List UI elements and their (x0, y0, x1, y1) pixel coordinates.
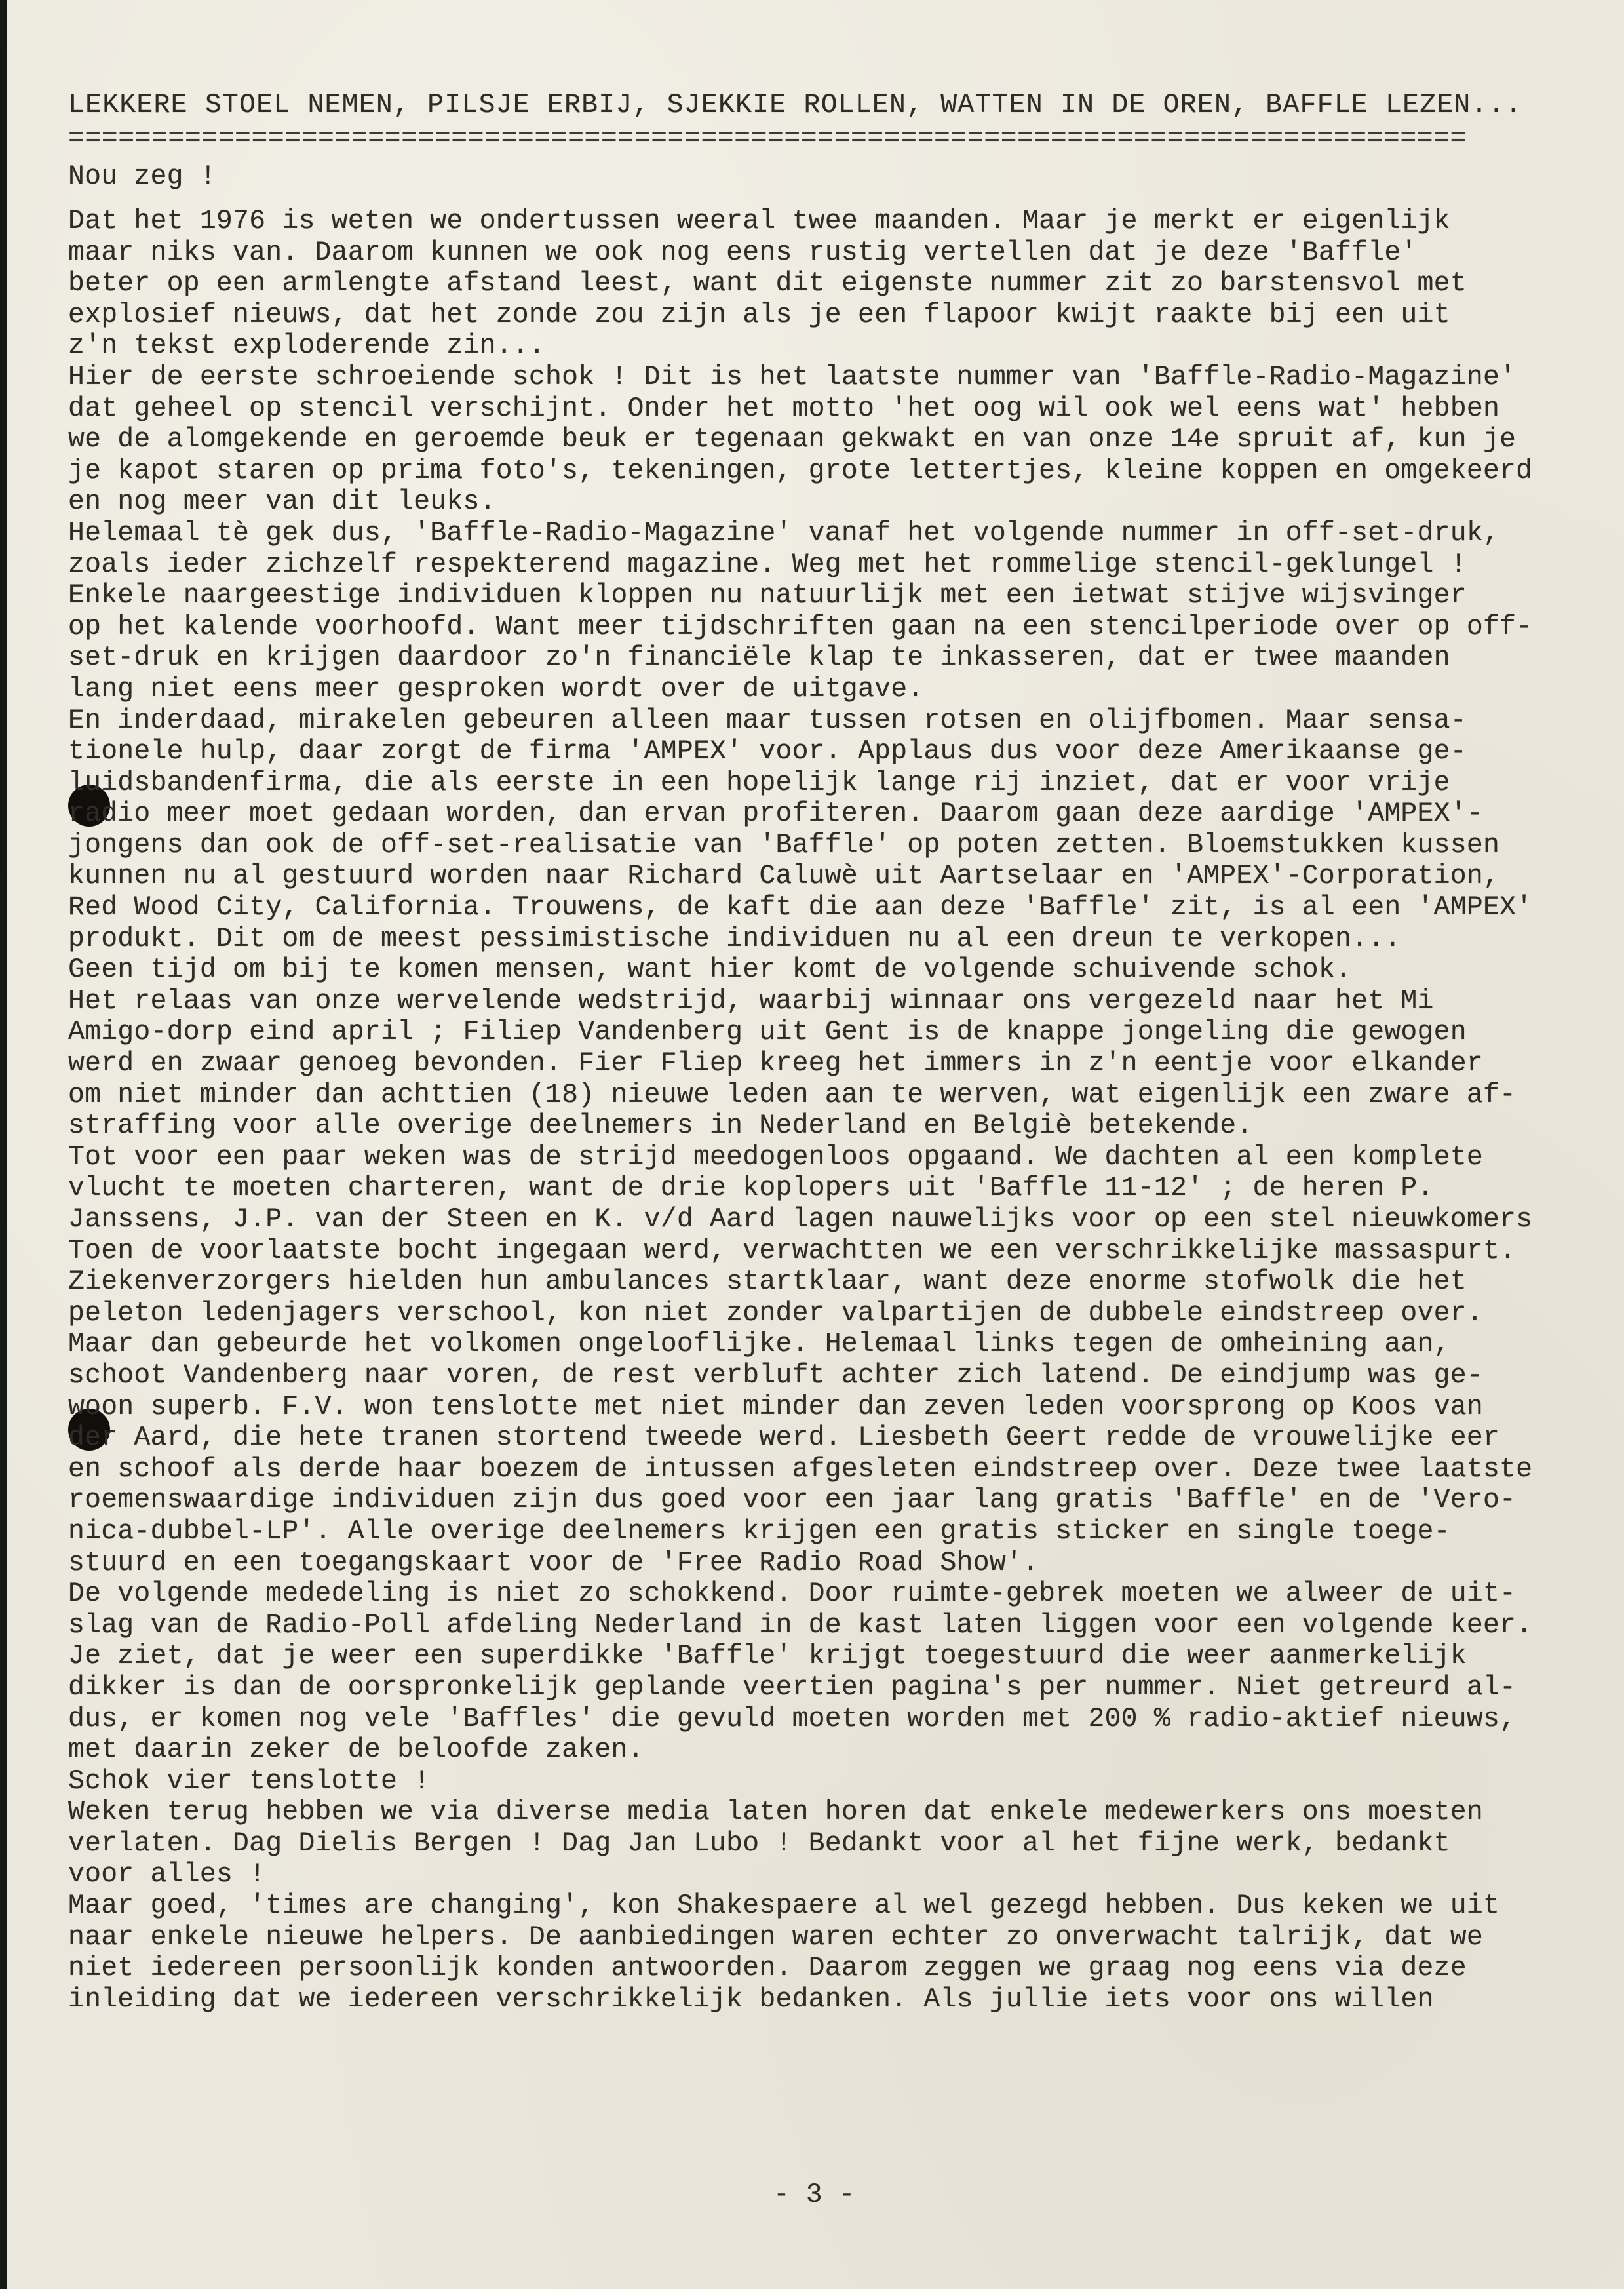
text-line: explosief nieuws, dat het zonde zou zijn… (68, 300, 1602, 331)
text-line: Red Wood City, California. Trouwens, de … (68, 892, 1602, 924)
scan-edge (0, 0, 7, 2289)
text-line: verlaten. Dag Dielis Bergen ! Dag Jan Lu… (68, 1828, 1602, 1860)
text-line: vlucht te moeten charteren, want de drie… (68, 1173, 1602, 1204)
page-headline: LEKKERE STOEL NEMEN, PILSJE ERBIJ, SJEKK… (68, 87, 1602, 125)
text-line: En inderdaad, mirakelen gebeuren alleen … (68, 705, 1602, 737)
text-line: tionele hulp, daar zorgt de firma 'AMPEX… (68, 736, 1602, 768)
text-line: Enkele naargeestige individuen kloppen n… (68, 580, 1602, 612)
text-line: set-druk en krijgen daardoor zo'n financ… (68, 642, 1602, 674)
text-line: werd en zwaar genoeg bevonden. Fier Flie… (68, 1048, 1602, 1080)
text-line: woon superb. F.V. won tenslotte met niet… (68, 1392, 1602, 1423)
text-line: dikker is dan de oorspronkelijk geplande… (68, 1672, 1602, 1704)
text-line: beter op een armlengte afstand leest, wa… (68, 268, 1602, 300)
text-line: straffing voor alle overige deelnemers i… (68, 1110, 1602, 1142)
body-text: Dat het 1976 is weten we ondertussen wee… (68, 206, 1602, 2015)
text-line: roemenswaardige individuen zijn dus goed… (68, 1485, 1602, 1516)
text-line: Geen tijd om bij te komen mensen, want h… (68, 954, 1602, 986)
text-line: nica-dubbel-LP'. Alle overige deelnemers… (68, 1516, 1602, 1548)
text-line: Toen de voorlaatste bocht ingegaan werd,… (68, 1236, 1602, 1267)
text-line: Hier de eerste schroeiende schok ! Dit i… (68, 362, 1602, 393)
text-line: radio meer moet gedaan worden, dan ervan… (68, 798, 1602, 830)
text-line: produkt. Dit om de meest pessimistische … (68, 924, 1602, 955)
text-line: lang niet eens meer gesproken wordt over… (68, 674, 1602, 705)
text-line: peleton ledenjagers verschool, kon niet … (68, 1298, 1602, 1329)
text-line: luidsbandenfirma, die als eerste in een … (68, 768, 1602, 799)
text-line: Ziekenverzorgers hielden hun ambulances … (68, 1266, 1602, 1298)
text-line: Weken terug hebben we via diverse media … (68, 1797, 1602, 1828)
text-line: op het kalende voorhoofd. Want meer tijd… (68, 612, 1602, 643)
text-line: je kapot staren op prima foto's, tekenin… (68, 456, 1602, 487)
text-line: slag van de Radio-Poll afdeling Nederlan… (68, 1610, 1602, 1641)
text-line: Tot voor een paar weken was de strijd me… (68, 1142, 1602, 1173)
text-line: schoot Vandenberg naar voren, de rest ve… (68, 1360, 1602, 1392)
text-line: Maar dan gebeurde het volkomen ongeloofl… (68, 1329, 1602, 1360)
text-line: maar niks van. Daarom kunnen we ook nog … (68, 237, 1602, 269)
text-line: jongens dan ook de off-set-realisatie va… (68, 830, 1602, 861)
text-line: Je ziet, dat je weer een superdikke 'Baf… (68, 1641, 1602, 1672)
text-line: zoals ieder zichzelf respekterend magazi… (68, 549, 1602, 581)
text-line: Dat het 1976 is weten we ondertussen wee… (68, 206, 1602, 237)
text-line: De volgende mededeling is niet zo schokk… (68, 1578, 1602, 1610)
text-line: inleiding dat we iedereen verschrikkelij… (68, 1984, 1602, 2016)
text-line: niet iedereen persoonlijk konden antwoor… (68, 1953, 1602, 1984)
greeting: Nou zeg ! (68, 159, 1602, 206)
text-line: Het relaas van onze wervelende wedstrijd… (68, 986, 1602, 1017)
text-line: naar enkele nieuwe helpers. De aanbiedin… (68, 1922, 1602, 1953)
text-line: Janssens, J.P. van der Steen en K. v/d A… (68, 1204, 1602, 1236)
text-line: kunnen nu al gestuurd worden naar Richar… (68, 861, 1602, 892)
text-line: we de alomgekende en geroemde beuk er te… (68, 424, 1602, 456)
text-line: dus, er komen nog vele 'Baffles' die gev… (68, 1704, 1602, 1735)
text-line: Maar goed, 'times are changing', kon Sha… (68, 1890, 1602, 1922)
text-line: Amigo-dorp eind april ; Filiep Vandenber… (68, 1017, 1602, 1048)
page-number: - 3 - (773, 2180, 855, 2210)
text-line: Helemaal tè gek dus, 'Baffle-Radio-Magaz… (68, 518, 1602, 549)
text-line: stuurd en een toegangskaart voor de 'Fre… (68, 1548, 1602, 1579)
text-line: en schoof als derde haar boezem de intus… (68, 1454, 1602, 1485)
text-line: der Aard, die hete tranen stortend tweed… (68, 1422, 1602, 1454)
text-line: en nog meer van dit leuks. (68, 486, 1602, 518)
separator-line: ========================================… (68, 125, 1602, 159)
typewritten-page: LEKKERE STOEL NEMEN, PILSJE ERBIJ, SJEKK… (68, 87, 1602, 2015)
text-line: z'n tekst exploderende zin... (68, 330, 1602, 362)
text-line: dat geheel op stencil verschijnt. Onder … (68, 393, 1602, 425)
text-line: voor alles ! (68, 1859, 1602, 1890)
text-line: om niet minder dan achttien (18) nieuwe … (68, 1080, 1602, 1111)
text-line: Schok vier tenslotte ! (68, 1766, 1602, 1797)
text-line: met daarin zeker de beloofde zaken. (68, 1734, 1602, 1766)
